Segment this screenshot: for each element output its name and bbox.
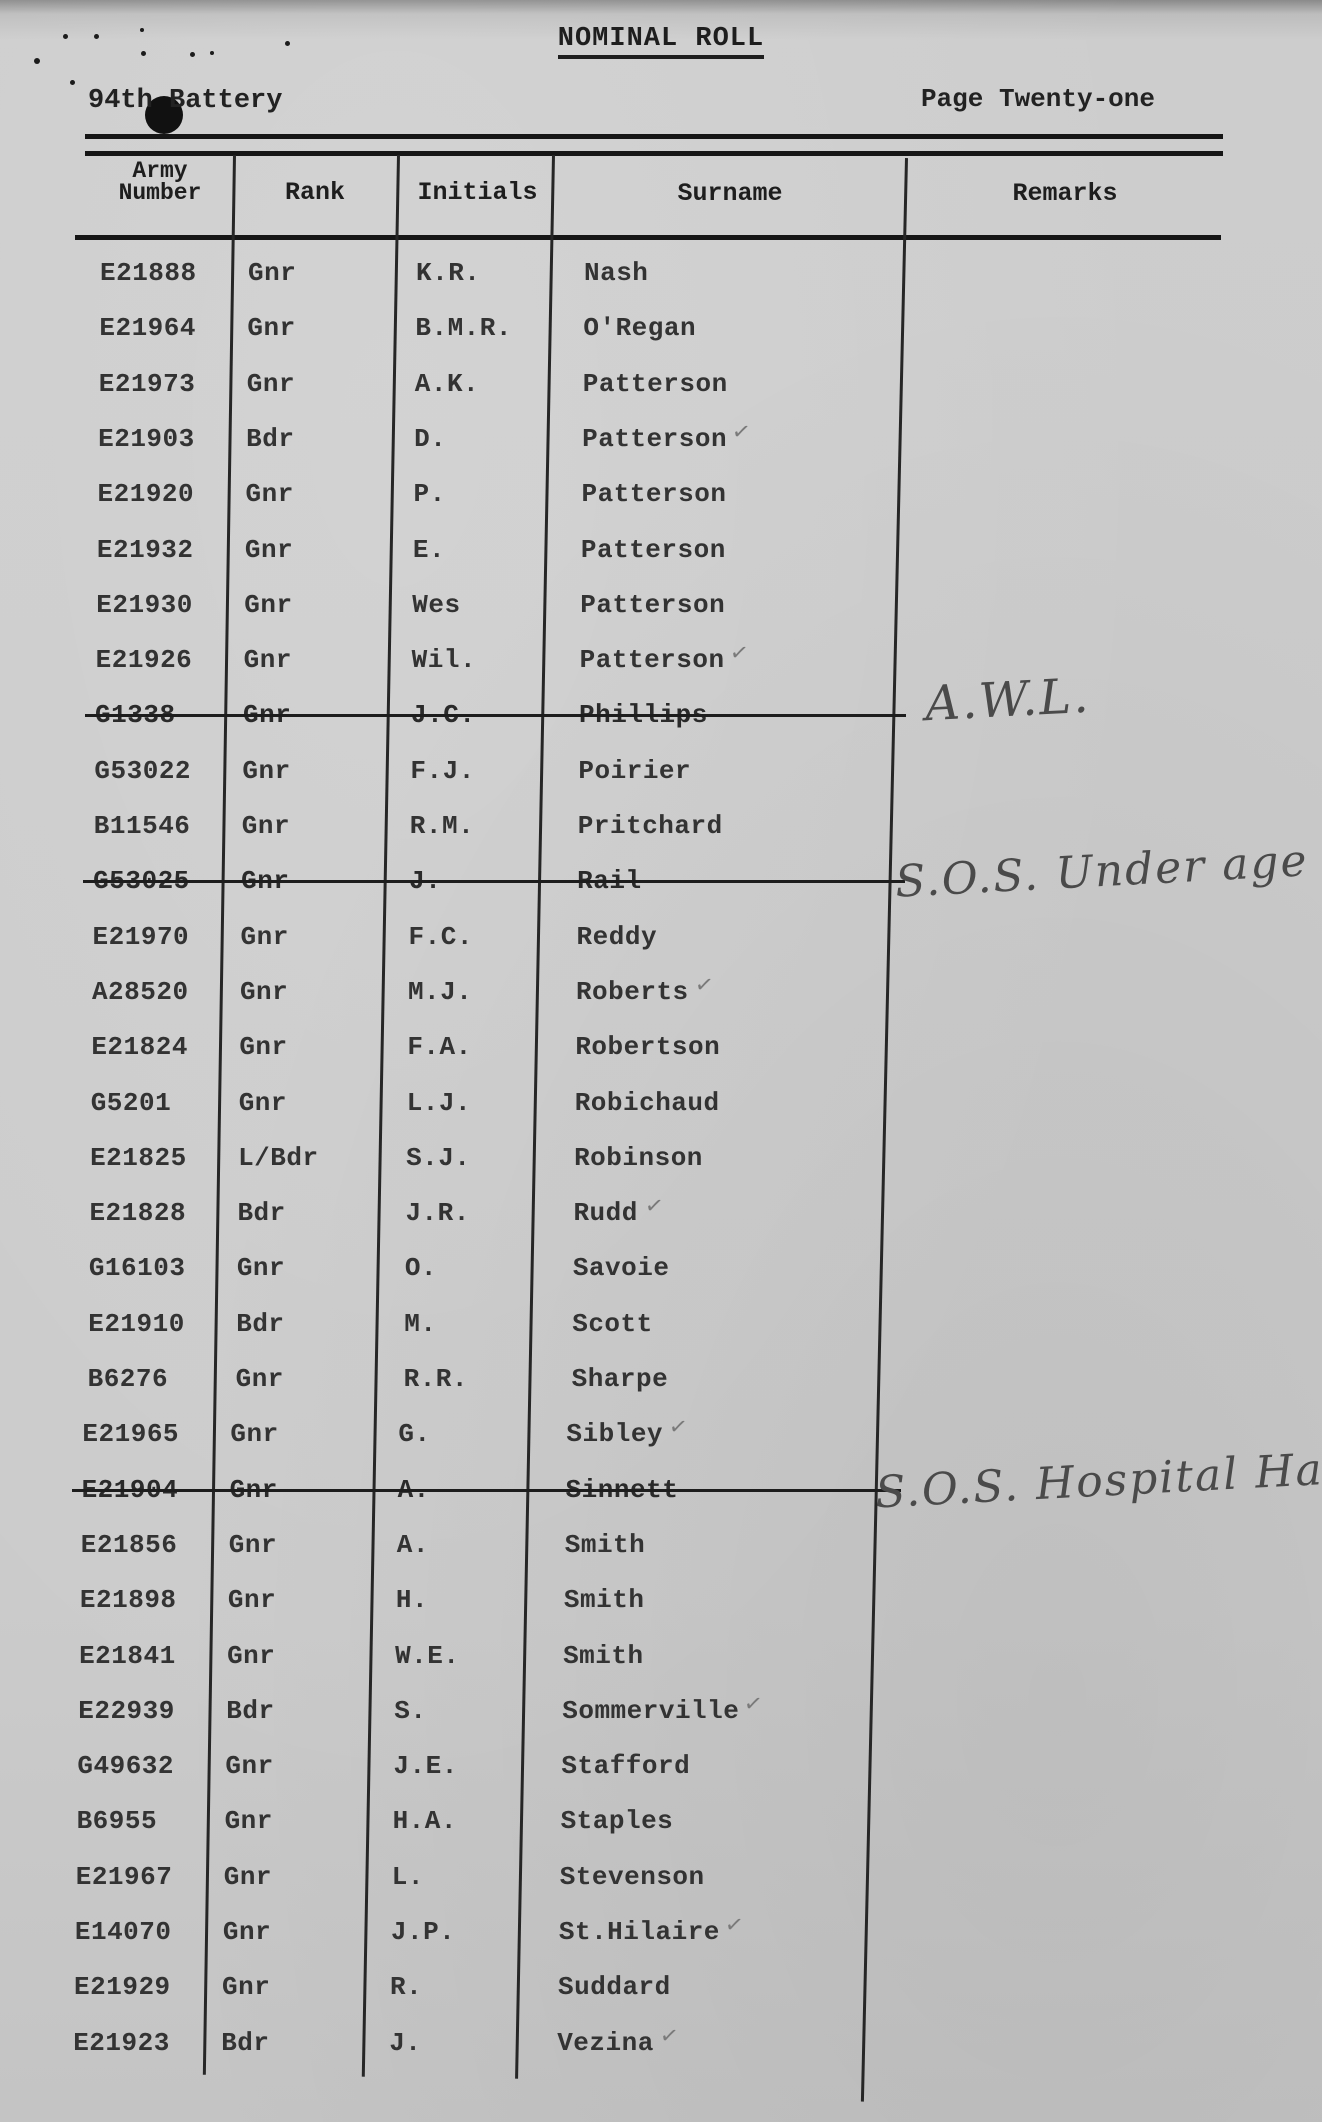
surname-cell: Nash: [584, 258, 648, 288]
document-title: NOMINAL ROLL: [0, 24, 1322, 54]
table-row: E21825L/BdrS.J.Robinson: [0, 1143, 1322, 1193]
army-number-cell: G53022: [94, 756, 191, 786]
surname-cell: Robinson: [574, 1143, 703, 1173]
check-mark-icon: ✓: [643, 1193, 665, 1220]
column-header-army-number-line1: Army: [95, 160, 225, 182]
initials-cell: M.J.: [408, 977, 472, 1007]
table-row: G5201GnrL.J.Robichaud: [0, 1088, 1322, 1138]
army-number-cell: E21824: [91, 1032, 188, 1062]
surname-cell: Sommerville: [562, 1696, 739, 1726]
army-number-cell: E21967: [76, 1862, 173, 1892]
check-mark-icon: ✓: [731, 419, 753, 446]
column-header-initials: Initials: [405, 182, 550, 204]
initials-cell: H.: [396, 1585, 428, 1615]
table-row: E14070GnrJ.P.St.Hilaire✓: [0, 1917, 1322, 1967]
rank-cell: Gnr: [242, 811, 290, 841]
table-row: E21920GnrP.Patterson: [0, 479, 1322, 529]
strikethrough-line: [85, 714, 906, 717]
surname-cell: Patterson: [581, 535, 726, 565]
surname-cell: Smith: [563, 1641, 644, 1671]
table-row: B6276GnrR.R.Sharpe: [0, 1364, 1322, 1414]
surname-cell: Suddard: [558, 1972, 671, 2002]
rank-cell: Bdr: [237, 1198, 285, 1228]
initials-cell: L.J.: [407, 1088, 471, 1118]
column-header-rank: Rank: [240, 182, 390, 204]
initials-cell: P.: [414, 479, 446, 509]
army-number-cell: E21888: [100, 258, 197, 288]
initials-cell: A.K.: [415, 369, 479, 399]
surname-cell: Sibley: [566, 1419, 663, 1449]
rank-cell: Gnr: [241, 922, 289, 952]
rank-cell: Gnr: [230, 1419, 278, 1449]
initials-cell: B.M.R.: [415, 313, 512, 343]
army-number-cell: B11546: [94, 811, 191, 841]
header-rule-second: [85, 151, 1223, 156]
army-number-cell: A28520: [92, 977, 189, 1007]
strikethrough-line: [72, 1489, 901, 1492]
surname-cell: Reddy: [577, 922, 658, 952]
army-number-cell: E21825: [90, 1143, 187, 1173]
army-number-cell: E21970: [93, 922, 190, 952]
column-header-remarks: Remarks: [910, 183, 1220, 205]
table-row: E21841GnrW.E.Smith: [0, 1641, 1322, 1691]
table-row: E21888GnrK.R.Nash: [0, 258, 1322, 308]
check-mark-icon: ✓: [723, 1912, 745, 1939]
initials-cell: F.A.: [407, 1032, 471, 1062]
surname-cell: Stevenson: [560, 1862, 705, 1892]
table-row: B6955GnrH.A.Staples: [0, 1806, 1322, 1856]
initials-cell: F.J.: [410, 756, 474, 786]
initials-cell: R.M.: [410, 811, 474, 841]
initials-cell: J.E.: [393, 1751, 457, 1781]
table-row: E21923BdrJ.Vezina✓: [0, 2028, 1322, 2078]
rank-cell: Gnr: [223, 1917, 271, 1947]
table-row: E21898GnrH.Smith: [0, 1585, 1322, 1635]
army-number-cell: E22939: [78, 1696, 175, 1726]
strikethrough-line: [83, 880, 905, 883]
column-header-army-number: Army Number: [95, 160, 225, 204]
table-row: E21828BdrJ.R.Rudd✓: [0, 1198, 1322, 1248]
table-row: E21903BdrD.Patterson✓: [0, 424, 1322, 474]
army-number-cell: E21841: [79, 1641, 176, 1671]
surname-cell: Patterson: [583, 369, 728, 399]
initials-cell: Wil.: [412, 645, 476, 675]
surname-cell: Rudd: [573, 1198, 637, 1228]
army-number-cell: E21903: [98, 424, 195, 454]
rank-cell: Gnr: [229, 1530, 277, 1560]
initials-cell: A.: [397, 1530, 429, 1560]
rank-cell: Gnr: [244, 590, 292, 620]
table-row: E21926GnrWil.Patterson✓: [0, 645, 1322, 695]
header-rule-top: [85, 134, 1223, 139]
army-number-cell: E21828: [89, 1198, 186, 1228]
rank-cell: Gnr: [228, 1585, 276, 1615]
army-number-cell: E21932: [97, 535, 194, 565]
initials-cell: E.: [413, 535, 445, 565]
table-row: E21856GnrA.Smith: [0, 1530, 1322, 1580]
table-row: E21973GnrA.K.Patterson: [0, 369, 1322, 419]
table-row: E21929GnrR.Suddard: [0, 1972, 1322, 2022]
surname-cell: St.Hilaire: [559, 1917, 720, 1947]
initials-cell: R.R.: [404, 1364, 468, 1394]
table-row: E21824GnrF.A.Robertson: [0, 1032, 1322, 1082]
rank-cell: Gnr: [247, 313, 295, 343]
army-number-cell: G5201: [91, 1088, 172, 1118]
surname-cell: Poirier: [578, 756, 691, 786]
initials-cell: R.: [390, 1972, 422, 2002]
rank-cell: Gnr: [237, 1253, 285, 1283]
table-row: E21967GnrL.Stevenson: [0, 1862, 1322, 1912]
rank-cell: Gnr: [246, 479, 294, 509]
rank-cell: Gnr: [225, 1806, 273, 1836]
table-row: G53025GnrJ.RailS.O.S. Under age: [0, 866, 1322, 916]
initials-cell: M.: [404, 1309, 436, 1339]
rank-cell: Gnr: [227, 1641, 275, 1671]
army-number-cell: E21923: [73, 2028, 170, 2058]
ink-speck: [70, 80, 75, 85]
check-mark-icon: ✓: [693, 972, 715, 999]
initials-cell: S.: [394, 1696, 426, 1726]
table-row: E21910BdrM.Scott: [0, 1309, 1322, 1359]
surname-cell: Vezina: [557, 2028, 654, 2058]
handwritten-remark: A.W.L.: [924, 668, 1092, 733]
page-number-label: Page Twenty-one: [900, 84, 1155, 114]
initials-cell: J.P.: [391, 1917, 455, 1947]
table-row: G49632GnrJ.E.Stafford: [0, 1751, 1322, 1801]
table-row: E21932GnrE.Patterson: [0, 535, 1322, 585]
table-row: A28520GnrM.J.Roberts✓: [0, 977, 1322, 1027]
army-number-cell: E21964: [99, 313, 196, 343]
initials-cell: W.E.: [395, 1641, 459, 1671]
initials-cell: F.C.: [409, 922, 473, 952]
surname-cell: Smith: [564, 1585, 645, 1615]
army-number-cell: E21973: [99, 369, 196, 399]
rank-cell: Gnr: [247, 369, 295, 399]
rank-cell: Gnr: [245, 535, 293, 565]
initials-cell: J.R.: [405, 1198, 469, 1228]
rank-cell: Gnr: [239, 1088, 287, 1118]
rank-cell: Gnr: [242, 756, 290, 786]
table-row: E21964GnrB.M.R.O'Regan: [0, 313, 1322, 363]
rank-cell: Gnr: [225, 1751, 273, 1781]
rank-cell: Gnr: [236, 1364, 284, 1394]
check-mark-icon: ✓: [742, 1691, 764, 1718]
surname-cell: Savoie: [573, 1253, 670, 1283]
surname-cell: Roberts: [576, 977, 689, 1007]
surname-cell: Robichaud: [575, 1088, 720, 1118]
army-number-cell: B6955: [77, 1806, 158, 1836]
surname-cell: Patterson: [582, 424, 727, 454]
rank-cell: Bdr: [221, 2028, 269, 2058]
surname-cell: Pritchard: [578, 811, 723, 841]
ink-speck: [34, 58, 40, 64]
header-rule-bottom: [75, 235, 1221, 240]
column-header-surname: Surname: [560, 183, 900, 205]
check-mark-icon: ✓: [658, 2022, 680, 2049]
rank-cell: Bdr: [226, 1696, 274, 1726]
army-number-cell: E21920: [98, 479, 195, 509]
initials-cell: S.J.: [406, 1143, 470, 1173]
table-row: G16103GnrO.Savoie: [0, 1253, 1322, 1303]
initials-cell: O.: [405, 1253, 437, 1283]
surname-cell: Patterson: [582, 479, 727, 509]
army-number-cell: E21910: [88, 1309, 185, 1339]
surname-cell: Stafford: [561, 1751, 690, 1781]
army-number-cell: E14070: [75, 1917, 172, 1947]
surname-cell: Staples: [561, 1806, 674, 1836]
rank-cell: Gnr: [248, 258, 296, 288]
surname-cell: Scott: [572, 1309, 653, 1339]
army-number-cell: E21926: [96, 645, 193, 675]
initials-cell: H.A.: [393, 1806, 457, 1836]
rank-cell: Gnr: [240, 977, 288, 1007]
surname-cell: Patterson: [580, 590, 725, 620]
table-row: E21904GnrA.SinnettS.O.S. Hospital Halifa…: [0, 1475, 1322, 1525]
table-row: G1338GnrJ.C.PhillipsA.W.L.: [0, 700, 1322, 750]
initials-cell: D.: [414, 424, 446, 454]
rank-cell: Bdr: [236, 1309, 284, 1339]
table-row: E22939BdrS.Sommerville✓: [0, 1696, 1322, 1746]
table-row: E21930GnrWesPatterson: [0, 590, 1322, 640]
army-number-cell: E21930: [96, 590, 193, 620]
initials-cell: Wes: [412, 590, 460, 620]
initials-cell: J.: [389, 2028, 421, 2058]
rank-cell: Gnr: [224, 1862, 272, 1892]
rank-cell: Bdr: [246, 424, 294, 454]
surname-cell: Patterson: [580, 645, 725, 675]
army-number-cell: E21898: [80, 1585, 177, 1615]
rank-cell: Gnr: [222, 1972, 270, 2002]
initials-cell: L.: [392, 1862, 424, 1892]
army-number-cell: B6276: [88, 1364, 169, 1394]
army-number-cell: G16103: [89, 1253, 186, 1283]
rank-cell: Gnr: [239, 1032, 287, 1062]
surname-cell: O'Regan: [583, 313, 696, 343]
table-row: G53022GnrF.J.Poirier: [0, 756, 1322, 806]
initials-cell: K.R.: [416, 258, 480, 288]
surname-cell: Sharpe: [572, 1364, 669, 1394]
army-number-cell: E21965: [82, 1419, 179, 1449]
rank-cell: L/Bdr: [238, 1143, 319, 1173]
rank-cell: Gnr: [244, 645, 292, 675]
check-mark-icon: ✓: [668, 1414, 690, 1441]
initials-cell: G.: [398, 1419, 430, 1449]
surname-cell: Robertson: [575, 1032, 720, 1062]
surname-cell: Smith: [565, 1530, 646, 1560]
army-number-cell: G49632: [77, 1751, 174, 1781]
column-header-army-number-line2: Number: [95, 182, 225, 204]
table-row: E21970GnrF.C.Reddy: [0, 922, 1322, 972]
check-mark-icon: ✓: [728, 640, 750, 667]
army-number-cell: E21856: [81, 1530, 178, 1560]
army-number-cell: E21929: [74, 1972, 171, 2002]
unit-label: 94th Battery: [88, 86, 282, 116]
